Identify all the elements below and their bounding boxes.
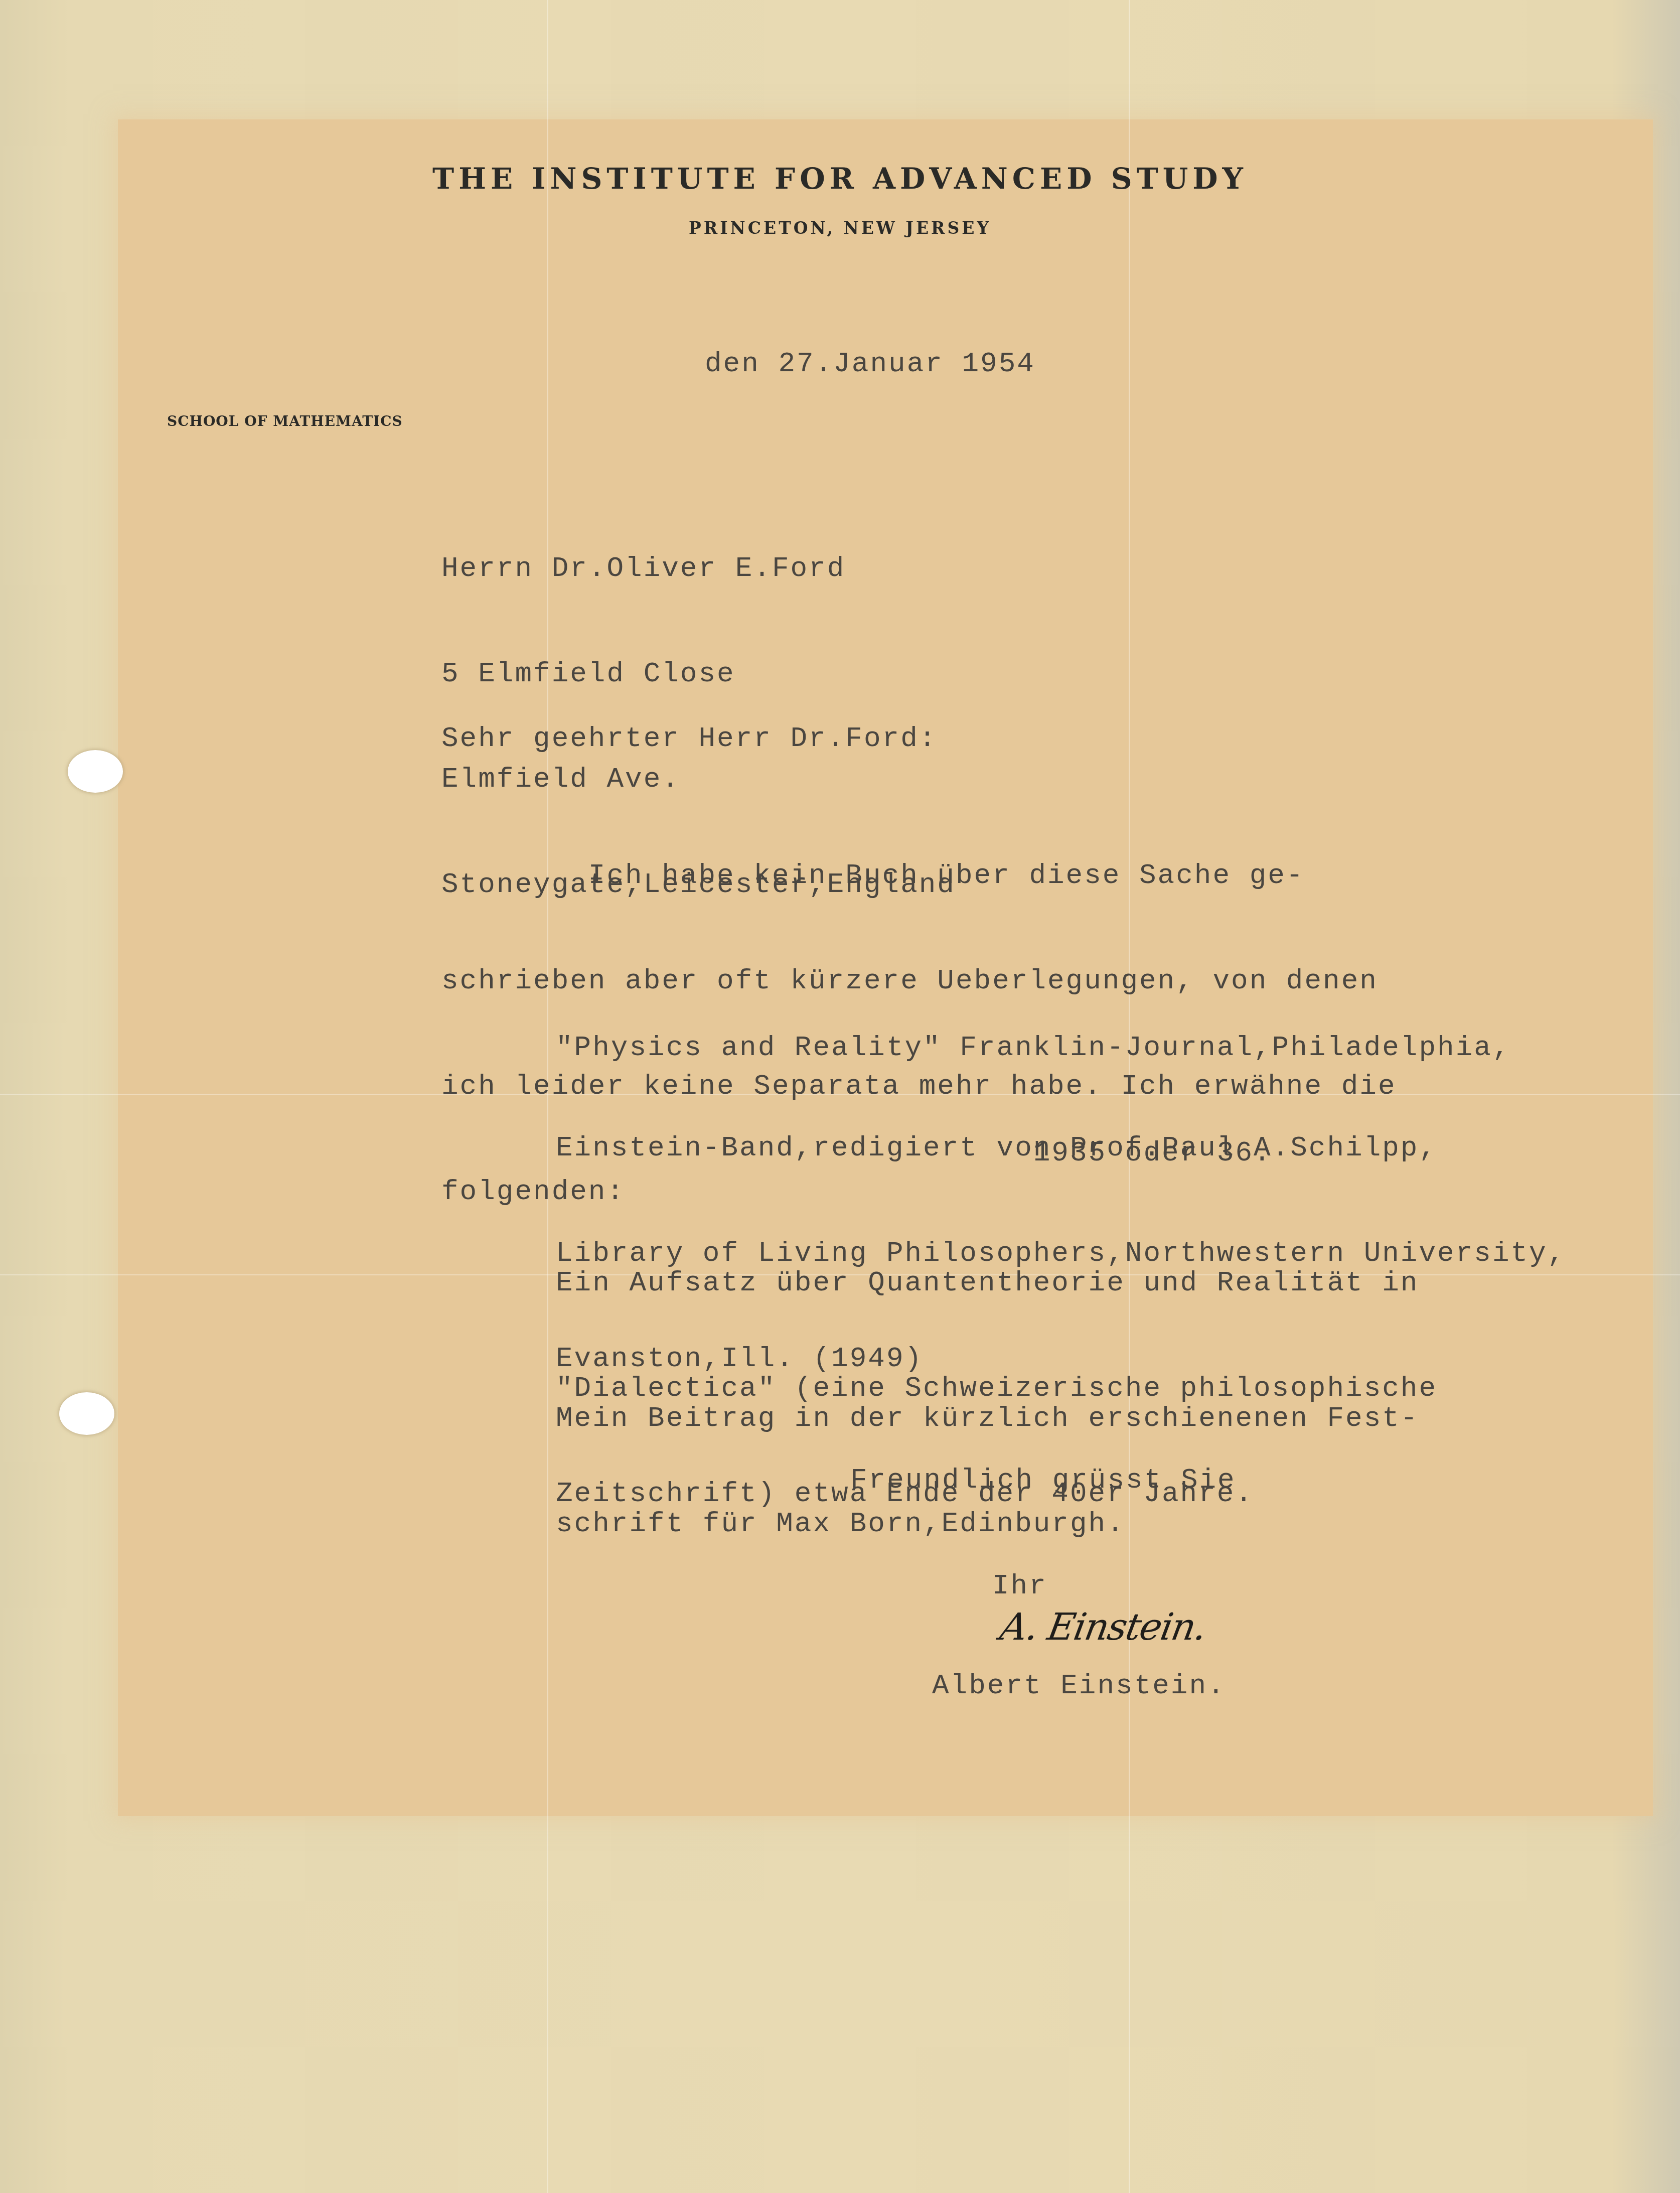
reference-item: Mein Beitrag in der kürzlich erschienene… — [556, 1331, 1419, 1576]
reference-line: Mein Beitrag in der kürzlich erschienene… — [556, 1401, 1419, 1436]
address-line: Herrn Dr.Oliver E.Ford — [441, 551, 956, 586]
reference-line: Ein Aufsatz über Quantentheorie und Real… — [556, 1265, 1437, 1300]
letterhead-location: PRINCETON, NEW JERSEY — [0, 218, 1680, 238]
letterhead-department: SCHOOL OF MATHEMATICS — [167, 413, 403, 429]
reference-line: schrift für Max Born,Edinburgh. — [556, 1506, 1419, 1541]
typed-signer-name: Albert Einstein. — [932, 1668, 1226, 1703]
valediction: Ihr — [992, 1568, 1047, 1603]
punch-hole-icon — [68, 750, 123, 793]
salutation: Sehr geehrter Herr Dr.Ford: — [441, 721, 937, 756]
handwritten-signature: A. Einstein. — [997, 1605, 1209, 1649]
closing-phrase: Freundlich grüsst Sie — [850, 1463, 1236, 1498]
letterhead-institution: THE INSTITUTE FOR ADVANCED STUDY — [0, 162, 1680, 196]
reference-line: Einstein-Band,redigiert von Prof.Paul A.… — [556, 1130, 1566, 1165]
address-line: 5 Elmfield Close — [441, 656, 956, 691]
letter-date: den 27.Januar 1954 — [705, 346, 1035, 381]
punch-hole-icon — [59, 1392, 114, 1435]
body-line: Ich habe kein Buch über diese Sache ge- — [441, 858, 1396, 893]
